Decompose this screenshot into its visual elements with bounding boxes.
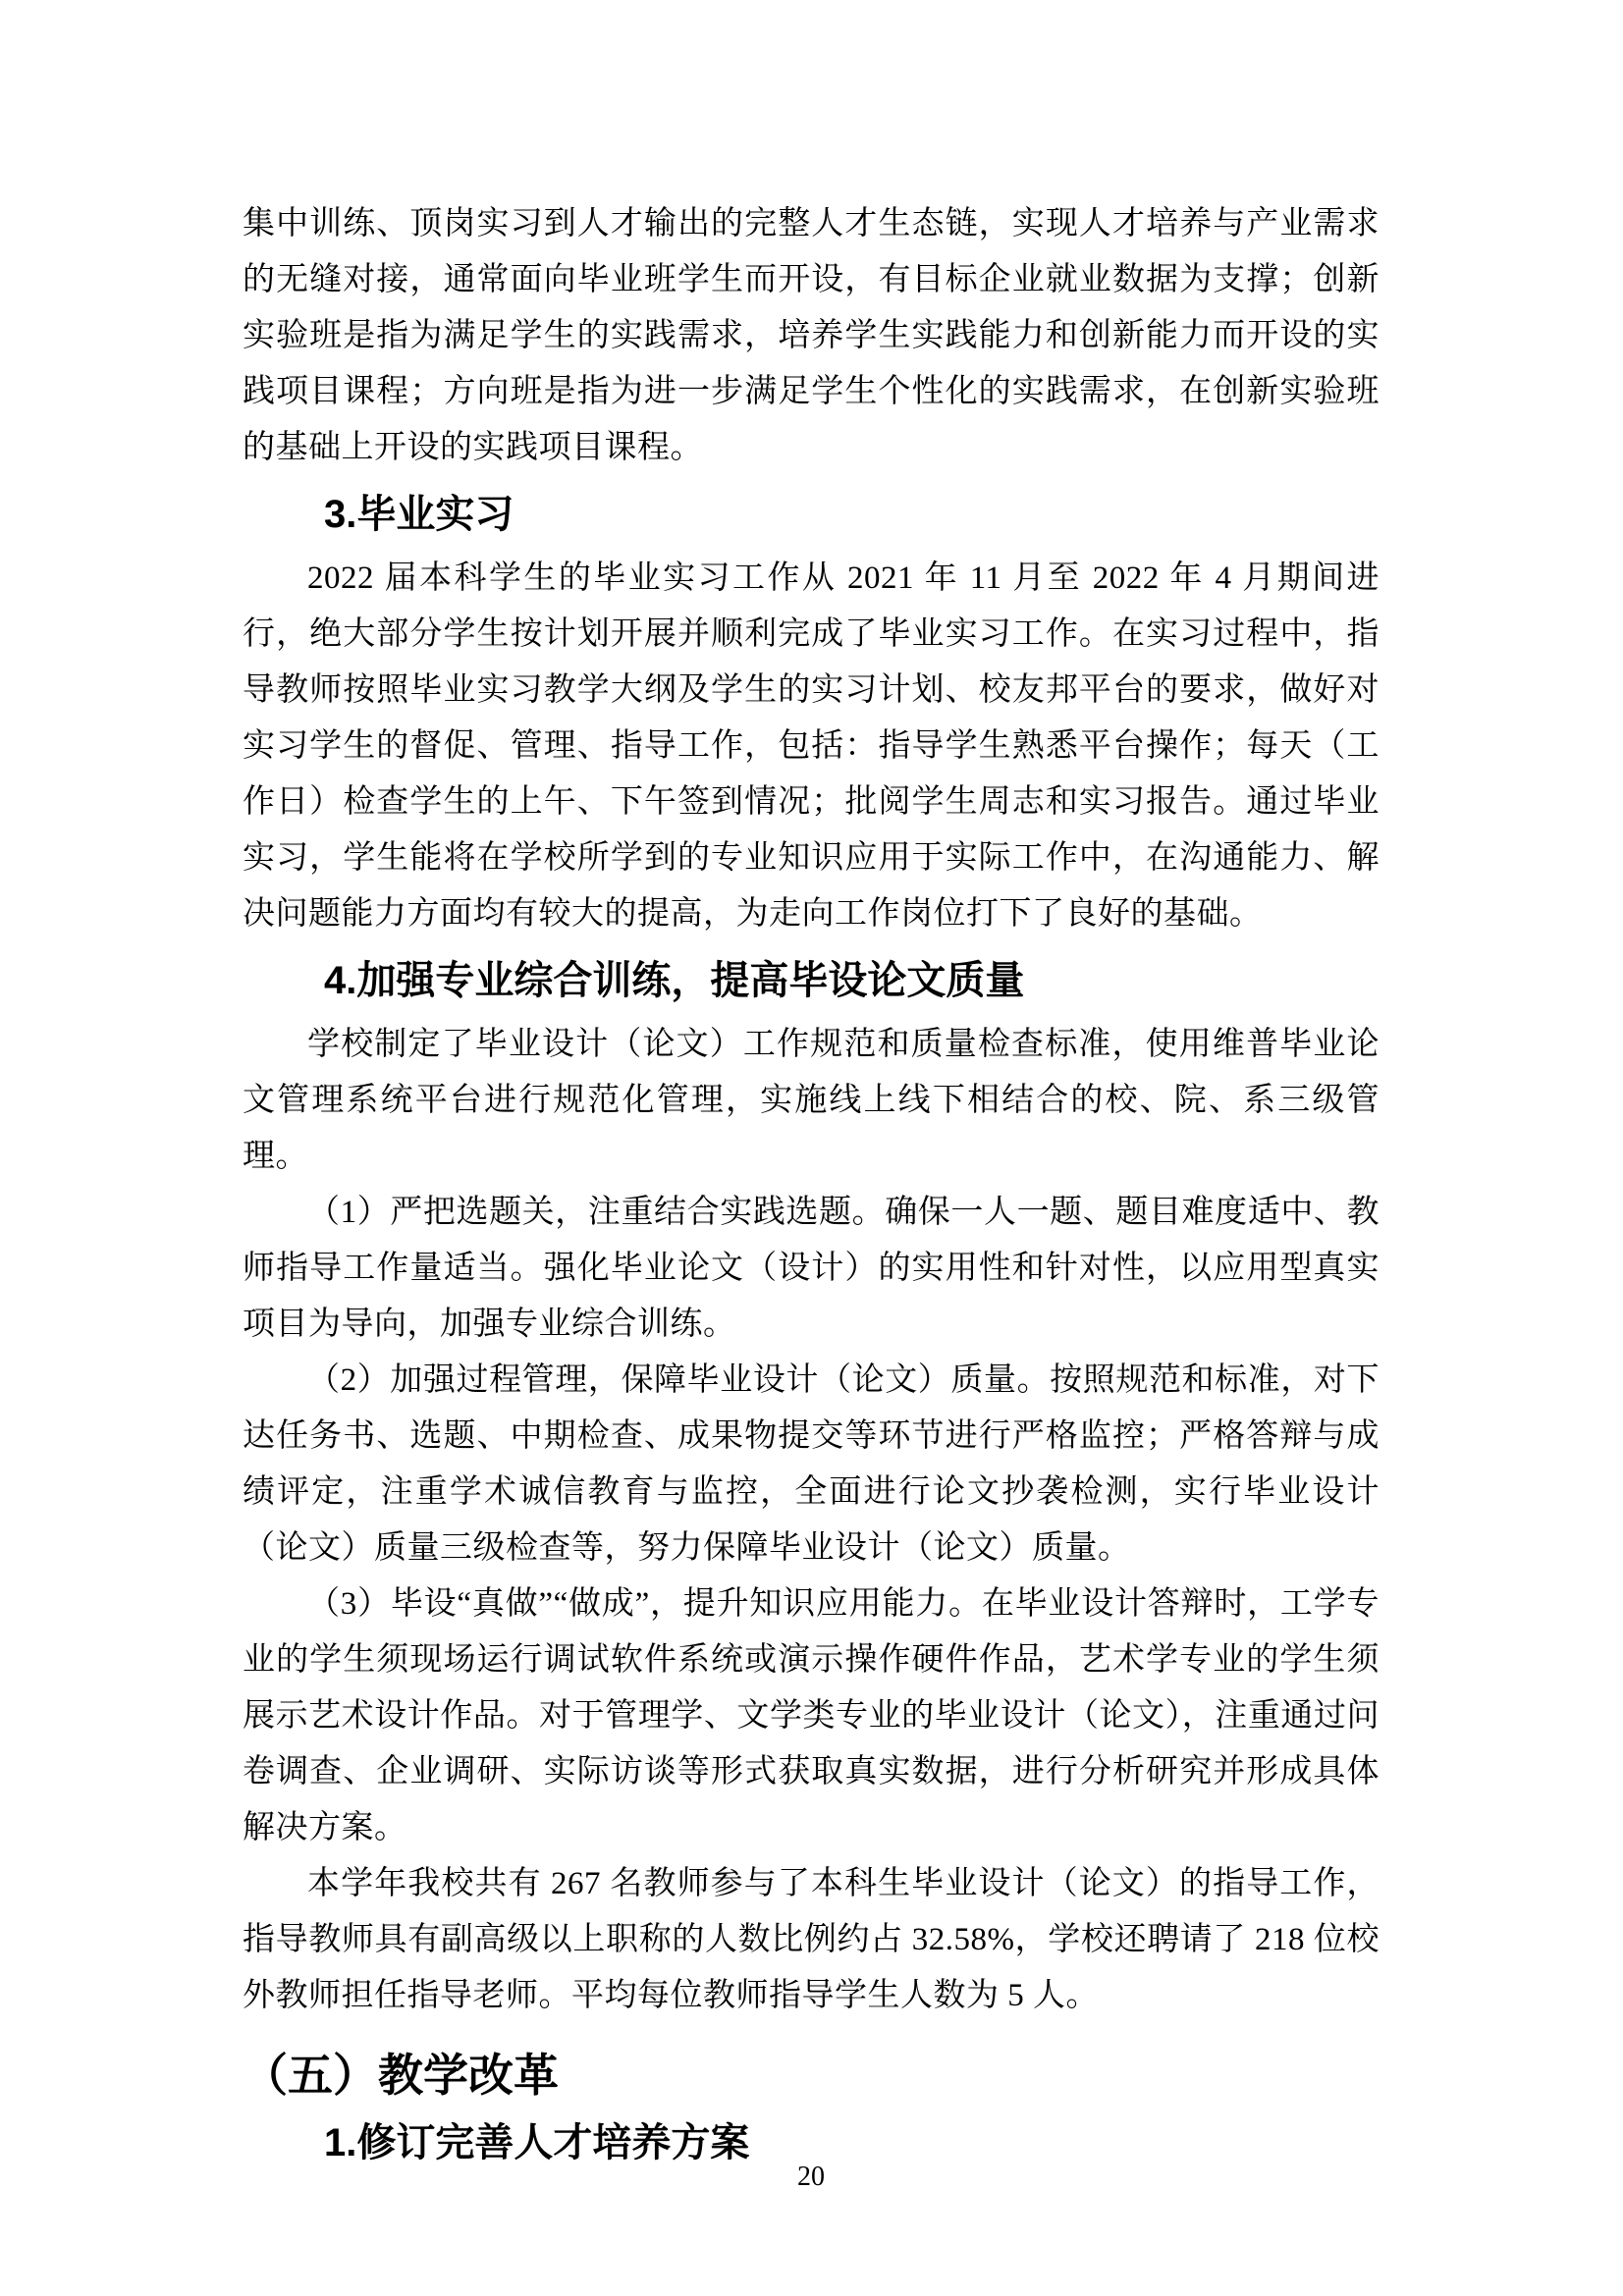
page-number: 20 (243, 2160, 1380, 2195)
document-page: 集中训练、顶岗实习到人才输出的完整人才生态链，实现人才培养与产业需求的无缝对接，… (0, 0, 1623, 2296)
paragraph-thesis-standards: 学校制定了毕业设计（论文）工作规范和质量检查标准，使用维普毕业论文管理系统平台进… (243, 1017, 1380, 1185)
heading-teaching-reform: （五）教学改革 (243, 2046, 1380, 2105)
paragraph-advisor-statistics: 本学年我校共有 267 名教师参与了本科生毕业设计（论文）的指导工作，指导教师具… (243, 1856, 1380, 2024)
paragraph-internship-details: 2022 届本科学生的毕业实习工作从 2021 年 11 月至 2022 年 4… (243, 551, 1380, 942)
paragraph-topic-selection: （1）严把选题关，注重结合实践选题。确保一人一题、题目难度适中、教师指导工作量适… (243, 1185, 1380, 1353)
heading-strengthen-training: 4.加强专业综合训练，提高毕设论文质量 (243, 956, 1380, 1005)
paragraph-process-management: （2）加强过程管理，保障毕业设计（论文）质量。按照规范和标准，对下达任务书、选题… (243, 1353, 1380, 1576)
document-body: 集中训练、顶岗实习到人才输出的完整人才生态链，实现人才培养与产业需求的无缝对接，… (243, 196, 1380, 2179)
paragraph-practice-classes: 集中训练、顶岗实习到人才输出的完整人才生态链，实现人才培养与产业需求的无缝对接，… (243, 196, 1380, 476)
paragraph-real-projects: （3）毕设“真做”“做成”，提升知识应用能力。在毕业设计答辩时，工学专业的学生须… (243, 1576, 1380, 1856)
heading-graduation-internship: 3.毕业实习 (243, 490, 1380, 539)
